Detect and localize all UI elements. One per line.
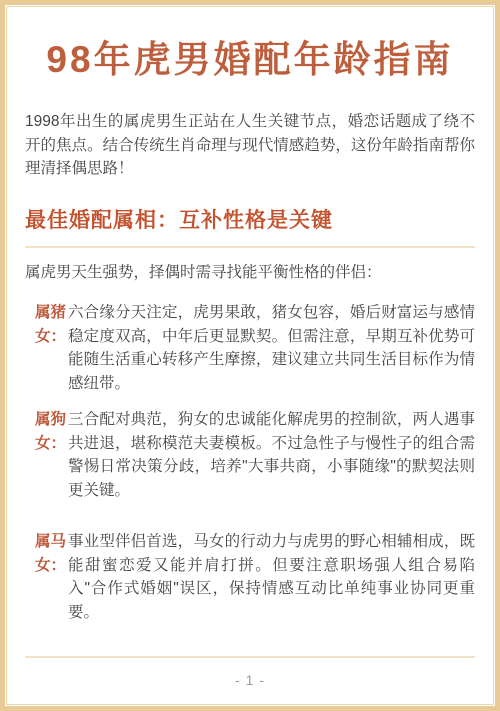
section-heading: 最佳婚配属相：互补性格是关键 [25, 207, 475, 235]
list-item-label: 属马女： [35, 530, 68, 577]
page-title: 98年虎男婚配年龄指南 [25, 37, 475, 83]
list-item-horse: 属马女： 事业型伴侣首选，马女的行动力与虎男的野心相辅相成，既能甜蜜恋爱又能并肩… [35, 530, 475, 624]
list-item-label: 属狗女： [35, 408, 68, 455]
compatibility-list: 属猪女： 六合缘分天注定，虎男果敢，猪女包容，婚后财富运与感情稳定度双高，中年后… [35, 301, 475, 624]
list-item-text: 事业型伴侣首选，马女的行动力与虎男的野心相辅相成，既能甜蜜恋爱又能并肩打拼。但要… [68, 530, 475, 624]
page-number: - 1 - [25, 670, 475, 690]
section-lead: 属虎男天生强势，择偶时需寻找能平衡性格的伴侣： [25, 261, 475, 285]
list-item-text: 三合配对典范，狗女的忠诚能化解虎男的控制欲，两人遇事共进退，堪称模范夫妻模板。不… [68, 408, 475, 502]
intro-paragraph: 1998年出生的属虎男生正站在人生关键节点，婚恋话题成了绕不开的焦点。结合传统生… [25, 110, 475, 181]
document-page: 98年虎男婚配年龄指南 1998年出生的属虎男生正站在人生关键节点，婚恋话题成了… [0, 0, 500, 711]
list-item-text: 六合缘分天注定，虎男果敢，猪女包容，婚后财富运与感情稳定度双高，中年后更显默契。… [68, 301, 475, 395]
heading-divider [25, 246, 475, 248]
list-item-pig: 属猪女： 六合缘分天注定，虎男果敢，猪女包容，婚后财富运与感情稳定度双高，中年后… [35, 301, 475, 395]
footer-divider [25, 656, 475, 658]
page-frame: 98年虎男婚配年龄指南 1998年出生的属虎男生正站在人生关键节点，婚恋话题成了… [6, 6, 494, 705]
list-item-label: 属猪女： [35, 301, 68, 348]
list-item-dog: 属狗女： 三合配对典范，狗女的忠诚能化解虎男的控制欲，两人遇事共进退，堪称模范夫… [35, 408, 475, 502]
